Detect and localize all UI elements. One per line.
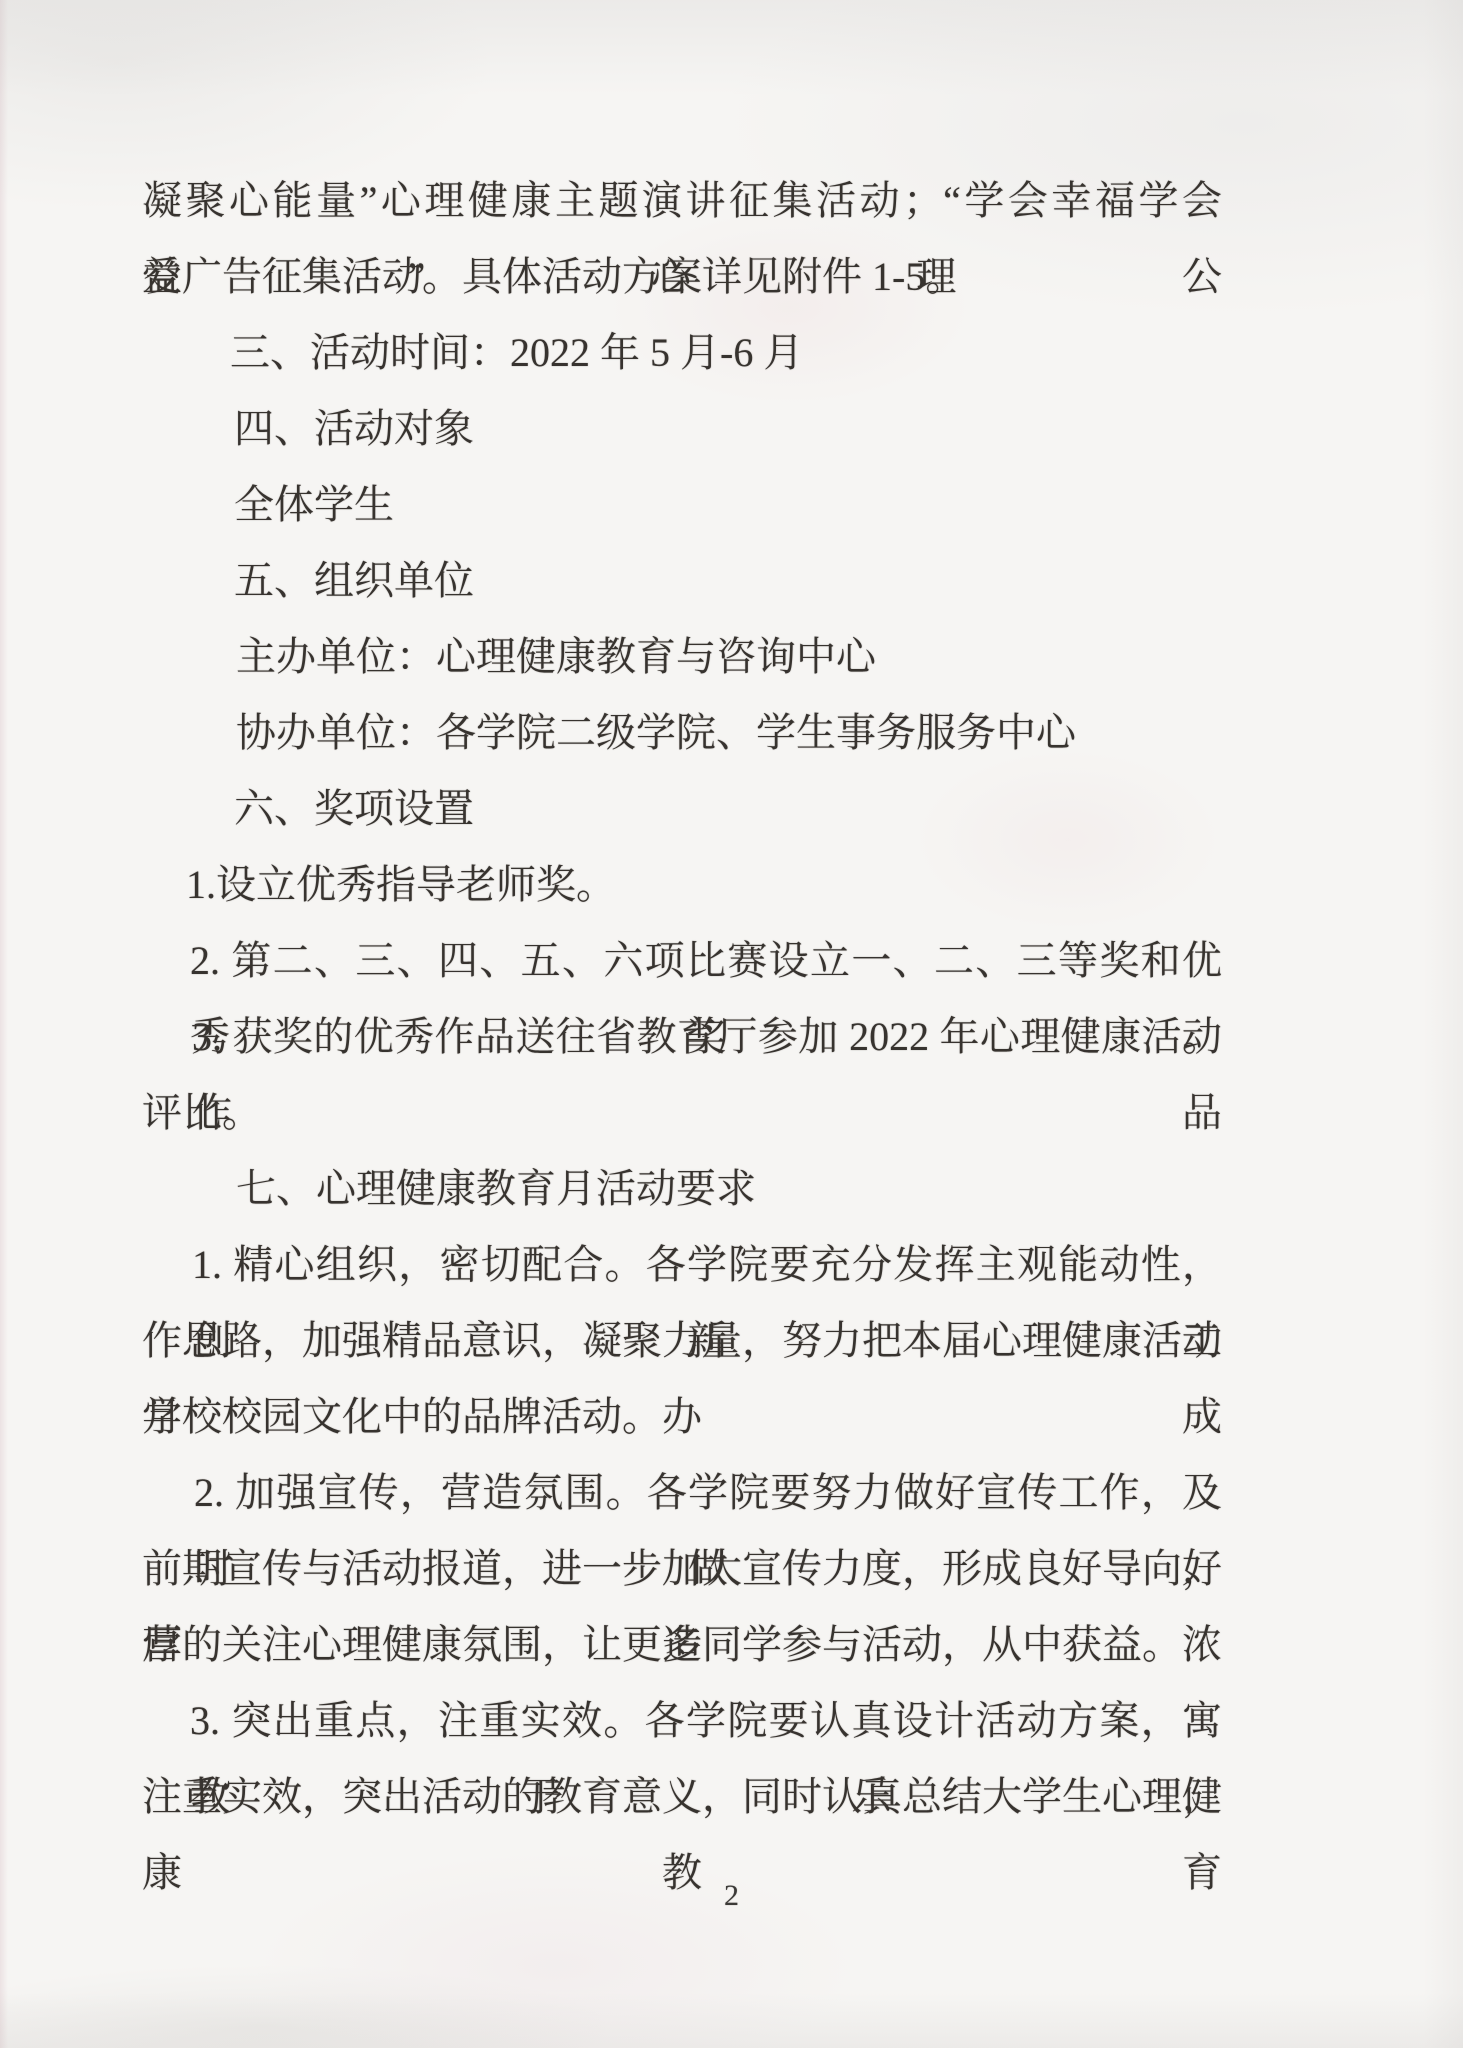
text-line: 3. 获奖的优秀作品送往省教育厅参加 2022 年心理健康活动作品 — [142, 999, 1222, 1075]
text-line: 注重实效，突出活动的教育意义，同时认真总结大学生心理健康教育 — [142, 1759, 1222, 1835]
text-line: 四、活动对象 — [142, 391, 1222, 467]
text-line: 凝聚心能量”心理健康主题演讲征集活动；“学会幸福学会爱”心理公 — [142, 163, 1222, 239]
text-line: 2. 加强宣传，营造氛围。各学院要努力做好宣传工作，及时做好 — [142, 1455, 1222, 1531]
text-line: 三、活动时间：2022 年 5 月-6 月 — [142, 315, 1222, 391]
text-line: 六、奖项设置 — [142, 771, 1222, 847]
text-line: 厚的关注心理健康氛围，让更多同学参与活动，从中获益。 — [142, 1607, 1222, 1683]
document-body: 凝聚心能量”心理健康主题演讲征集活动；“学会幸福学会爱”心理公益广告征集活动。具… — [142, 163, 1222, 1835]
text-line: 协办单位：各学院二级学院、学生事务服务中心 — [142, 695, 1222, 771]
text-line: 2. 第二、三、四、五、六项比赛设立一、二、三等奖和优秀奖。 — [142, 923, 1222, 999]
text-line: 五、组织单位 — [142, 543, 1222, 619]
text-line: 全体学生 — [142, 467, 1222, 543]
text-line: 主办单位：心理健康教育与咨询中心 — [142, 619, 1222, 695]
text-line: 3. 突出重点，注重实效。各学院要认真设计活动方案，寓教于乐， — [142, 1683, 1222, 1759]
text-line: 1.设立优秀指导老师奖。 — [142, 847, 1222, 923]
page-number: 2 — [0, 1874, 1463, 1918]
text-line: 1. 精心组织，密切配合。各学院要充分发挥主观能动性，创新工 — [142, 1227, 1222, 1303]
text-line: 七、心理健康教育月活动要求 — [142, 1151, 1222, 1227]
text-line: 前期宣传与活动报道，进一步加大宣传力度，形成良好导向，营造浓 — [142, 1531, 1222, 1607]
text-line: 作思路，加强精品意识，凝聚力量，努力把本届心理健康活动月办成 — [142, 1303, 1222, 1379]
